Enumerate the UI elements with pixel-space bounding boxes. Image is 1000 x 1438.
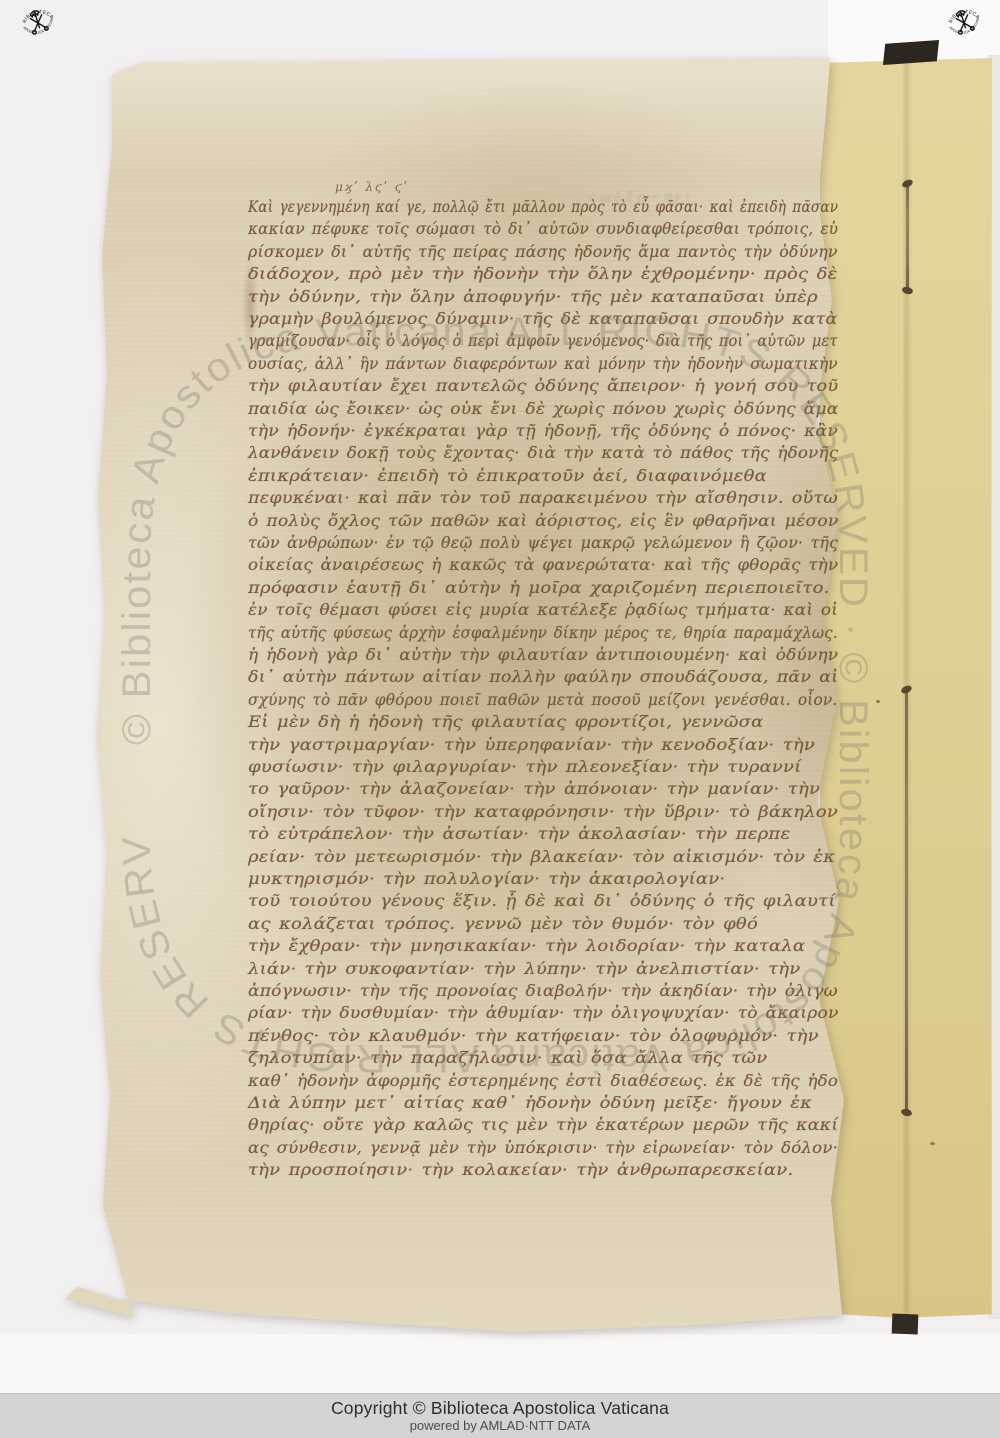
digitized-manuscript-viewer: ϲ ω λ ξ ρ ~ αγ ι μϗʹ λϛʹ ϛʹ Καὶ γεγεννημ… [0, 0, 1000, 1438]
manuscript-line: τῆς αὐτῆς φύσεως ἀρχὴν ἐσφαλμένην δίκην … [248, 622, 838, 644]
manuscript-line: ρίαν· τὴν δυσθυμίαν· τὴν ἀθυμίαν· τὴν ὀλ… [248, 1002, 839, 1024]
manuscript-line: σχύνης τὸ πᾶν φθόρου ποιεῖ παθῶν μετὰ πο… [248, 689, 837, 711]
manuscript-line: θηρίας· οὔτε γὰρ καλῶς τις μὲν τὴν ἑκατέ… [248, 1114, 838, 1136]
manuscript-line: ρίσκομεν δι᾽ αὐτῆς τῆς πείρας πάσης ἡδον… [248, 241, 838, 263]
manuscript-line: οἰκείας ἀναιρέσεως ἡ κακῶς τὰ φανερώτατα… [248, 554, 838, 576]
stitching-thread-bottom [905, 690, 908, 1112]
manuscript-line: ας σύνθεσιν, γεννᾷ μὲν τὴν ὑπόκρισιν· τὴ… [248, 1137, 838, 1159]
guard-speck [930, 1142, 935, 1145]
binding-tab-bottom [892, 1314, 919, 1335]
manuscript-line: λιάν· τὴν συκοφαντίαν· τὴν λύπην· τὴν ἀν… [248, 958, 800, 980]
manuscript-line: γραμὴν βουλόμενος δύναμιν· τῆς δὲ καταπα… [248, 308, 837, 330]
manuscript-line: παιδία ὡς ἔοικεν· ὡς οὐκ ἔνι δὲ χωρὶς πό… [248, 398, 839, 420]
manuscript-line: λανθάνειν δοκῇ τοὺς ἔχοντας· διὰ τὴν κατ… [248, 442, 838, 464]
manuscript-line: τὴν προσποίησιν· τὴν κολακείαν· τὴν ἀνθρ… [248, 1159, 793, 1181]
manuscript-line: ὁ πολὺς ὄχλος τῶν παθῶν καὶ ἀόριστος, εἰ… [248, 510, 839, 532]
manuscript-line: δι᾽ αὐτὴν πάντων αἰτίαν πολλὴν φαύλην σπ… [248, 666, 838, 688]
bav-seal-right: BIBLIOTECA APOSTOLICA VATICANA [934, 2, 994, 44]
manuscript-line: ἐπικράτειαν· ἐπειδὴ τὸ ἐπικρατοῦν ἀεί, δ… [248, 465, 767, 487]
manuscript-line: ουσίας, ἀλλ᾽ ἣν πάντων διαφερόντων καὶ μ… [248, 353, 838, 375]
bav-seal-left: BIBLIOTECA APOSTOLICA VATICANA [8, 2, 68, 44]
manuscript-line: ἀπόγνωσιν· τὴν τῆς προνοίας διαβολήν· τὴ… [248, 980, 838, 1002]
manuscript-text-block: Καὶ γεγεννημένη καί γε, πολλῷ ἔτι μᾶλλον… [248, 196, 840, 1156]
manuscript-line: τὴν ὀδύνην, τὴν ὅλην ἀποφυγήν· τῆς μὲν κ… [248, 286, 818, 308]
manuscript-line: τὴν ἡδονήν· ἐγκέκραται γὰρ τῇ ἡδονῇ, τῆς… [248, 420, 838, 442]
manuscript-line: ἡ ἡδονὴ γὰρ δι᾽ αὐτὴν τὴν φιλαυτίαν ἀντι… [248, 644, 838, 666]
manuscript-line: πεφυκέναι· καὶ πᾶν τὸν τοῦ παρακειμένου … [248, 487, 838, 509]
stitching-thread-top [906, 184, 909, 290]
manuscript-line: Διὰ λύπην μετ᾽ αἰτίας καθ᾽ ἡδονὴν ὀδύνη … [248, 1092, 812, 1114]
manuscript-line: τοῦ τοιούτου γένους ἕξιν. ᾗ δὲ καὶ δι᾽ ὀ… [248, 890, 836, 912]
manuscript-line: φυσίωσιν· τὴν φιλαργυρίαν· τὴν πλεονεξία… [248, 756, 802, 778]
manuscript-header-marks: μϗʹ λϛʹ ϛʹ [335, 180, 409, 194]
manuscript-line: πρόφασιν ἑαυτῇ δι᾽ αὐτὴν ἡ μοῖρα χαριζομ… [248, 577, 830, 599]
manuscript-line: πένθος· τὸν κλαυθμόν· τὴν κατήφειαν· τὸν… [248, 1025, 819, 1047]
guard-speck [876, 700, 880, 703]
binding-tab-top [883, 40, 939, 65]
manuscript-line: τὴν γαστριμαργίαν· τὴν ὑπερηφανίαν· τὴν … [248, 734, 815, 756]
manuscript-line: Εἰ μὲν δὴ ἡ ἡδονὴ τῆς φιλαυτίας φροντίζο… [248, 711, 764, 733]
manuscript-line: μυκτηρισμόν· τὴν πολυλογίαν· τὴν ἀκαιρολ… [248, 868, 725, 890]
manuscript-line: ζηλοτυπίαν· τὴν παραζήλωσιν· καὶ ὅσα ἄλλ… [248, 1047, 767, 1069]
manuscript-line: οἴησιν· τὸν τῦφον· τὴν καταφρόνησιν· τὴν… [248, 801, 838, 823]
manuscript-line: κακίαν πέφυκε τοῖς σώμασι τὸ δι᾽ αὐτῶν σ… [248, 218, 838, 240]
manuscript-line: το γαῦρον· τὴν ἀλαζονείαν· τὴν ἀπόνοιαν·… [248, 778, 820, 800]
manuscript-line: τὴν φιλαυτίαν ἔχει παντελῶς ὀδύνης ἄπειρ… [248, 375, 838, 397]
manuscript-line: Καὶ γεγεννημένη καί γε, πολλῷ ἔτι μᾶλλον… [248, 196, 838, 218]
manuscript-line: ἐν τοῖς θέμασι φύσει εἰς μυρία κατέλεξε … [248, 599, 838, 621]
manuscript-line: τὸ εὐτράπελον· τὴν ἀσωτίαν· τὴν ἀκολασία… [248, 823, 790, 845]
manuscript-line: ας κολάζεται τρόπος. γεννῶ μὲν τὸν θυμόν… [248, 913, 758, 935]
manuscript-line: τῶν ἀνθρώπων· ἐν τῷ θεῷ πολὺ ψέγει μακρῷ… [248, 532, 838, 554]
manuscript-line: καθ᾽ ἡδονὴν ἀφορμῆς ἐστερημένης ἐστὶ δια… [248, 1070, 838, 1092]
manuscript-line: γραμίζουσαν· οἷς ὁ λόγος ὁ περὶ ἀμφοῖν γ… [248, 330, 837, 352]
manuscript-line: ρείαν· τὸν μετεωρισμόν· τὴν βλακείαν· τὸ… [248, 846, 835, 868]
footer-bar: Copyright © Biblioteca Apostolica Vatica… [0, 1393, 1000, 1438]
powered-by-text: powered by AMLAD·NTT DATA [0, 1418, 1000, 1433]
copyright-text: Copyright © Biblioteca Apostolica Vatica… [0, 1398, 1000, 1419]
manuscript-line: διάδοχον, πρὸ μὲν τὴν ἡδονὴν τὴν ὅλην ἐχ… [248, 263, 838, 285]
manuscript-line: τὴν ἔχθραν· τὴν μνησικακίαν· τὴν λοιδορί… [248, 935, 805, 957]
